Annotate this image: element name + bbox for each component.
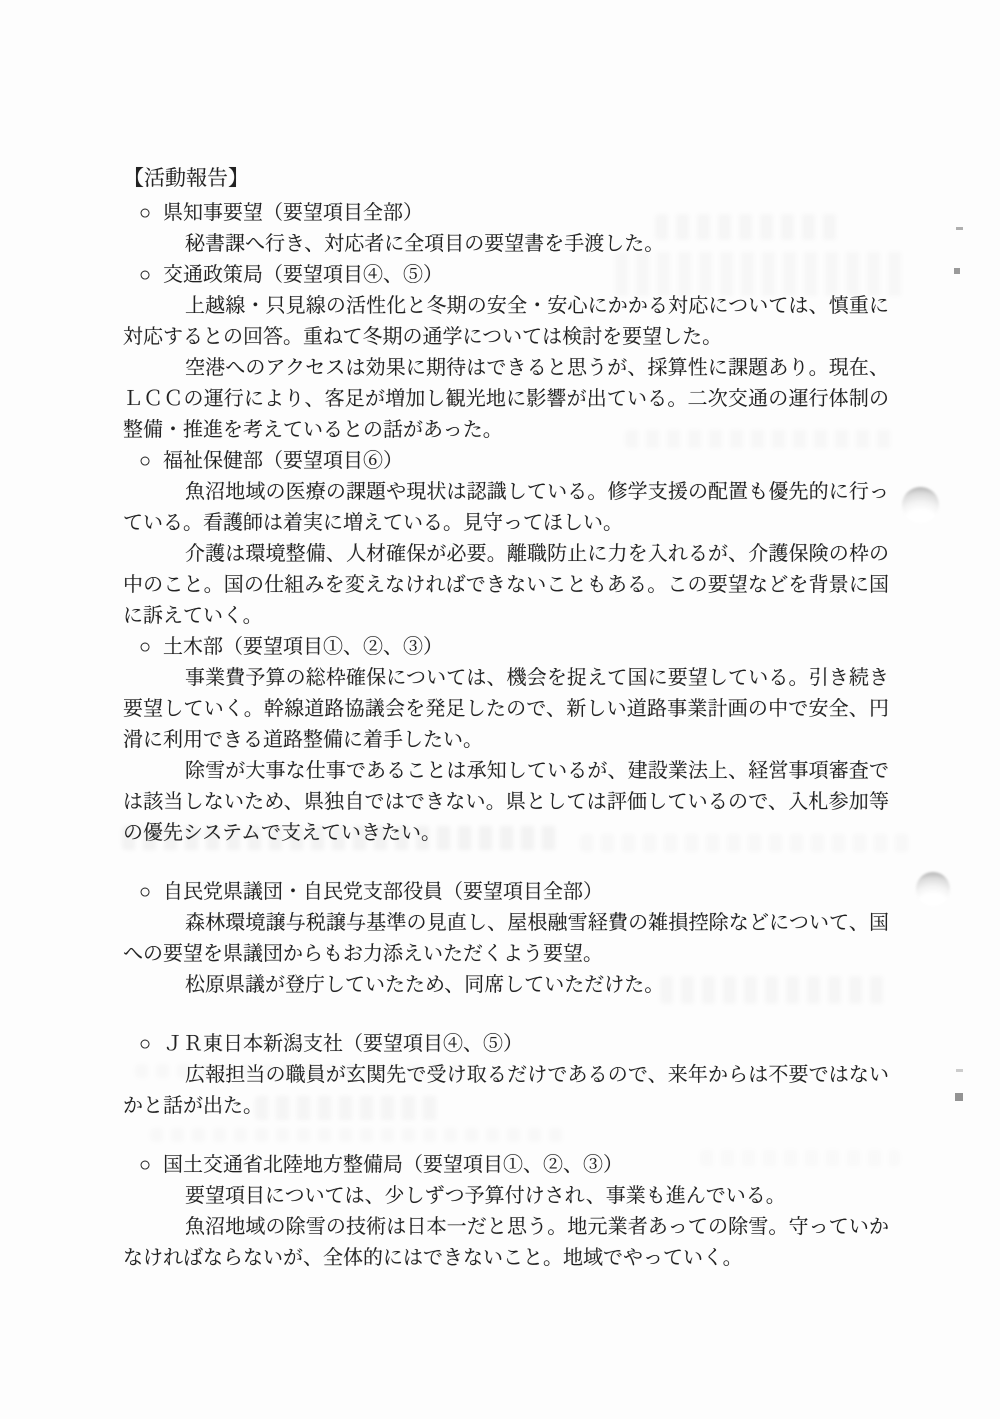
- scan-speck: [956, 227, 963, 230]
- section-title-text: ＪＲ東日本新潟支社（要望項目④、⑤）: [163, 1033, 523, 1055]
- list-bullet-icon: ○: [135, 446, 155, 477]
- section-paragraph: 事業費予算の総枠確保については、機会を捉えて国に要望している。引き続き要望してい…: [123, 663, 889, 756]
- list-bullet-icon: ○: [135, 1150, 155, 1181]
- report-section: ○福祉保健部（要望項目⑥） 魚沼地域の医療の課題や現状は認識している。修学支援の…: [123, 446, 889, 632]
- report-section: ○県知事要望（要望項目全部） 秘書課へ行き、対応者に全項目の要望書を手渡した。: [123, 198, 889, 260]
- report-section: ○自民党県議団・自民党支部役員（要望項目全部） 森林環境譲与税譲与基準の見直し、…: [123, 877, 889, 1001]
- scan-speck: [956, 1069, 963, 1072]
- scanned-document-page: { "document": { "header": "【活動報告】", "bul…: [0, 0, 1000, 1419]
- section-title: ○土木部（要望項目①、②、③）: [123, 632, 889, 663]
- report-section: ○交通政策局（要望項目④、⑤） 上越線・只見線の活性化と冬期の安全・安心にかかる…: [123, 260, 889, 446]
- list-bullet-icon: ○: [135, 1029, 155, 1060]
- section-paragraph: 介護は環境整備、人材確保が必要。離職防止に力を入れるが、介護保険の枠の中のこと。…: [123, 539, 889, 632]
- section-title-text: 自民党県議団・自民党支部役員（要望項目全部）: [163, 881, 603, 903]
- scan-speck: [955, 1093, 963, 1101]
- section-paragraph: 魚沼地域の医療の課題や現状は認識している。修学支援の配置も優先的に行っている。看…: [123, 477, 889, 539]
- section-title: ○ＪＲ東日本新潟支社（要望項目④、⑤）: [123, 1029, 889, 1060]
- report-section: ○土木部（要望項目①、②、③） 事業費予算の総枠確保については、機会を捉えて国に…: [123, 632, 889, 849]
- scan-speck: [954, 268, 960, 274]
- section-title-text: 国土交通省北陸地方整備局（要望項目①、②、③）: [163, 1154, 623, 1176]
- report-section: ○国土交通省北陸地方整備局（要望項目①、②、③） 要望項目については、少しずつ予…: [123, 1150, 889, 1274]
- section-title-text: 県知事要望（要望項目全部）: [163, 202, 423, 224]
- section-title: ○交通政策局（要望項目④、⑤）: [123, 260, 889, 291]
- section-paragraph: 松原県議が登庁していたため、同席していただけた。: [123, 970, 889, 1001]
- section-title: ○国土交通省北陸地方整備局（要望項目①、②、③）: [123, 1150, 889, 1181]
- section-title-text: 土木部（要望項目①、②、③）: [163, 636, 443, 658]
- activity-report: 【活動報告】 ○県知事要望（要望項目全部） 秘書課へ行き、対応者に全項目の要望書…: [123, 163, 889, 1274]
- section-title: ○自民党県議団・自民党支部役員（要望項目全部）: [123, 877, 889, 908]
- section-title: ○県知事要望（要望項目全部）: [123, 198, 889, 229]
- section-paragraph: 空港へのアクセスは効果に期待はできると思うが、採算性に課題あり。現在、ＬＣＣの運…: [123, 353, 889, 446]
- list-bullet-icon: ○: [135, 260, 155, 291]
- section-paragraph: 秘書課へ行き、対応者に全項目の要望書を手渡した。: [123, 229, 889, 260]
- list-bullet-icon: ○: [135, 632, 155, 663]
- section-paragraph: 森林環境譲与税譲与基準の見直し、屋根融雪経費の雑損控除などについて、国への要望を…: [123, 908, 889, 970]
- section-paragraph: 要望項目については、少しずつ予算付けされ、事業も進んでいる。: [123, 1181, 889, 1212]
- punch-hole-shadow: [916, 872, 950, 906]
- section-paragraph: 魚沼地域の除雪の技術は日本一だと思う。地元業者あっての除雪。守っていかなければな…: [123, 1212, 889, 1274]
- section-paragraph: 上越線・只見線の活性化と冬期の安全・安心にかかる対応については、慎重に対応すると…: [123, 291, 889, 353]
- report-header: 【活動報告】: [123, 163, 889, 194]
- section-title-text: 交通政策局（要望項目④、⑤）: [163, 264, 443, 286]
- section-paragraph: 除雪が大事な仕事であることは承知しているが、建設業法上、経営事項審査では該当しな…: [123, 756, 889, 849]
- section-paragraph: 広報担当の職員が玄関先で受け取るだけであるので、来年からは不要ではないかと話が出…: [123, 1060, 889, 1122]
- punch-hole-shadow: [902, 487, 939, 523]
- section-title-text: 福祉保健部（要望項目⑥）: [163, 450, 403, 472]
- section-title: ○福祉保健部（要望項目⑥）: [123, 446, 889, 477]
- list-bullet-icon: ○: [135, 198, 155, 229]
- report-section: ○ＪＲ東日本新潟支社（要望項目④、⑤） 広報担当の職員が玄関先で受け取るだけであ…: [123, 1029, 889, 1122]
- list-bullet-icon: ○: [135, 877, 155, 908]
